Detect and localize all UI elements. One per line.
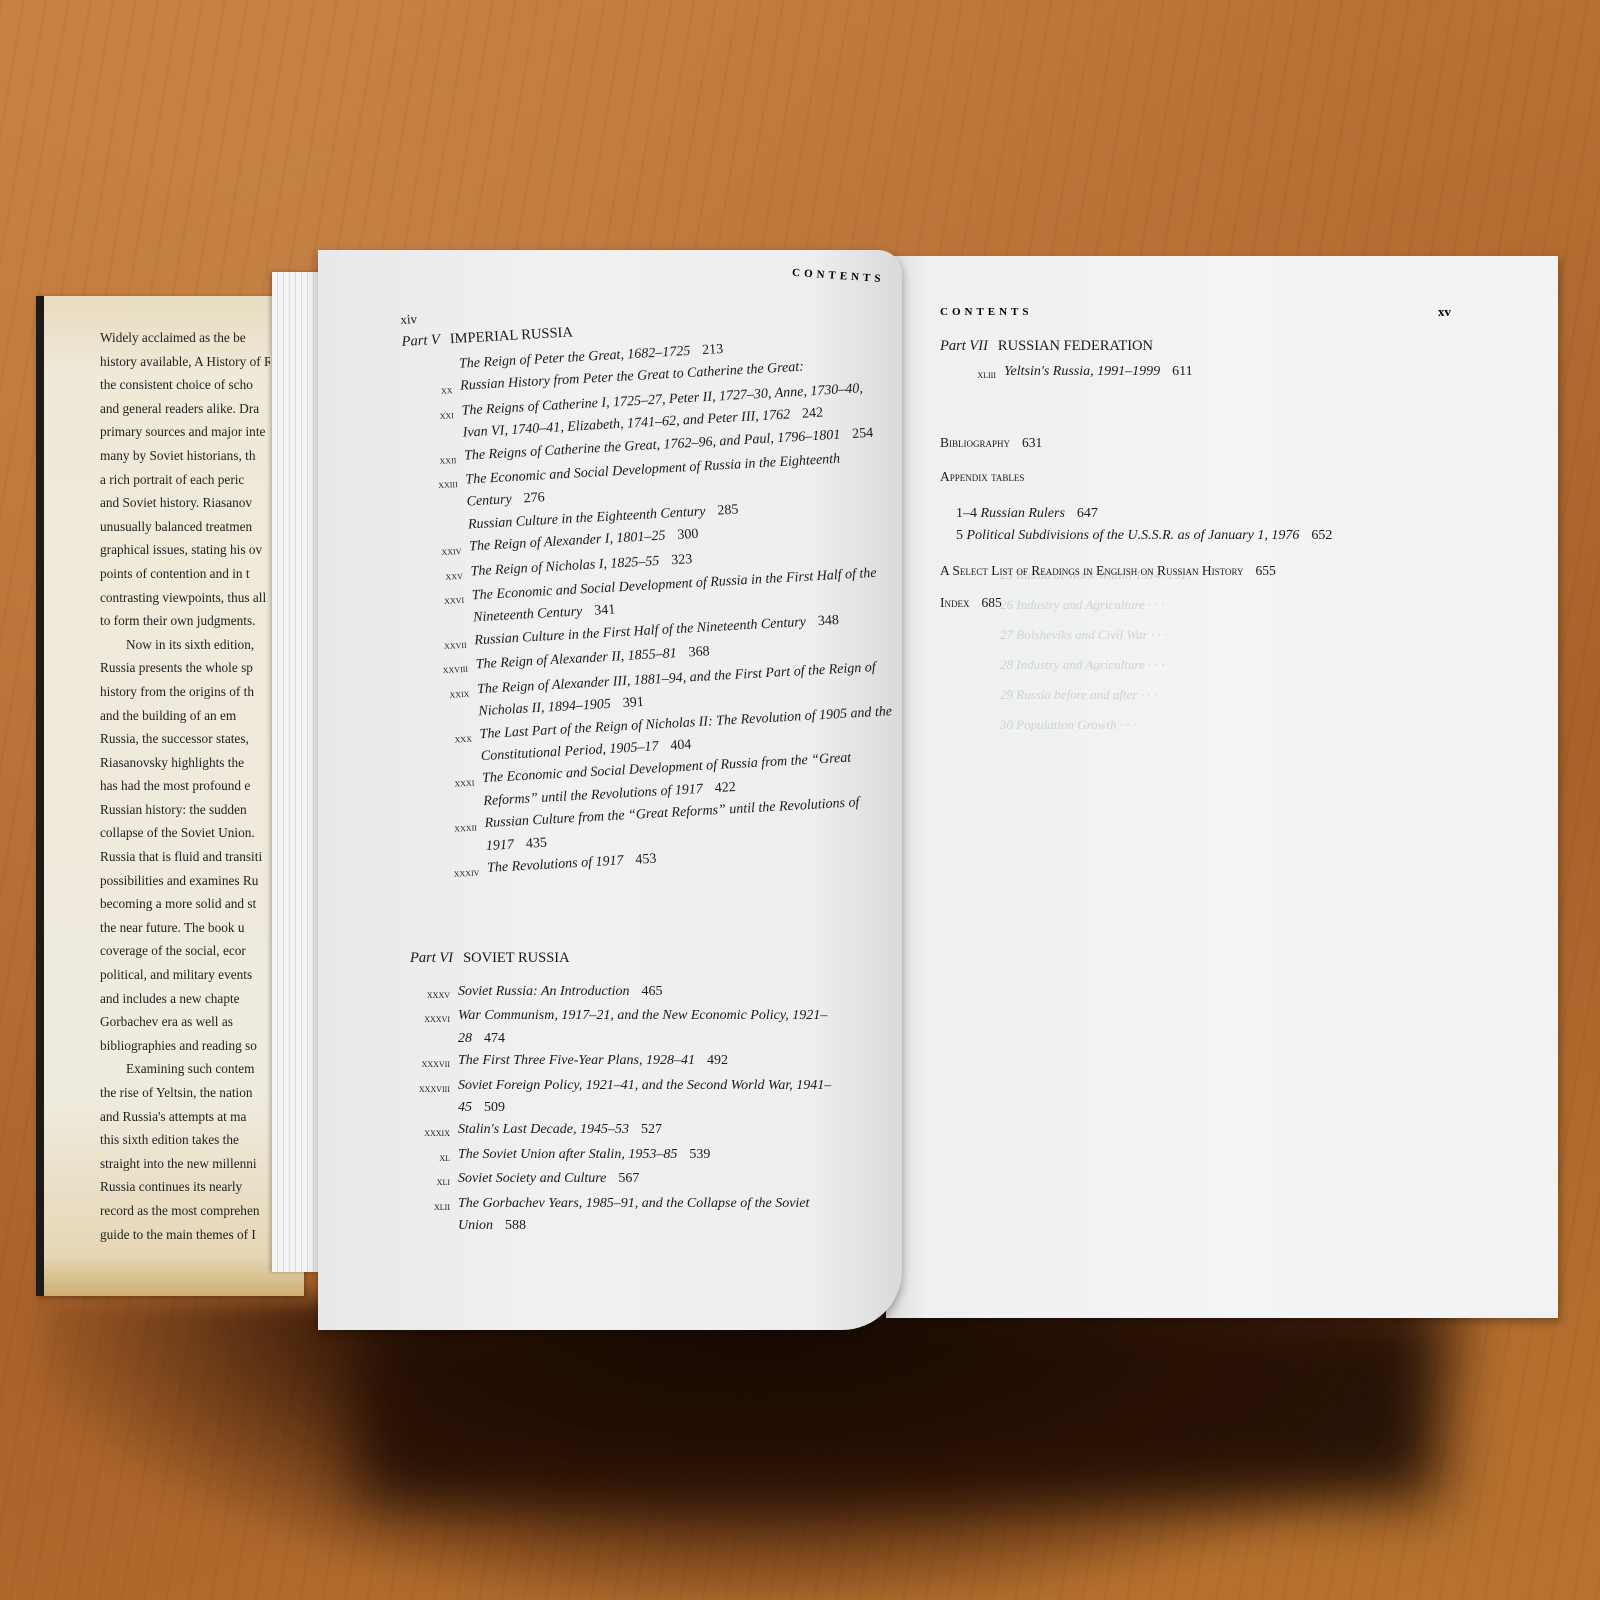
page-number: 652 <box>1311 528 1332 543</box>
page-number: 611 <box>1172 364 1192 379</box>
jacket-line: collapse of the Soviet Union. <box>100 821 270 845</box>
jacket-line: possibilities and examines Ru <box>100 869 270 893</box>
chapter-number: XXXV <box>410 981 458 1005</box>
part-label: Part V <box>401 332 440 350</box>
chapter-title: Stalin's Last Decade, 1945–53527 <box>458 1119 870 1143</box>
page-number: 655 <box>1255 563 1275 578</box>
toc-entry-appendix-tables[interactable]: Appendix tables <box>940 469 1460 485</box>
jacket-line: contrasting viewpoints, thus all <box>100 586 270 610</box>
page-number: 404 <box>670 737 692 753</box>
jacket-line: and Soviet history. Riasanov <box>100 491 270 515</box>
page-number: 368 <box>688 645 710 661</box>
left-page-toc: xiv Part VIMPERIAL RUSSIA The Reign of P… <box>400 286 901 886</box>
right-page-toc: Part VIIRUSSIAN FEDERATION XLIIIYeltsin'… <box>940 332 1460 611</box>
chapter-number: XXI <box>405 401 463 449</box>
chapter-number: XXXII <box>428 813 486 861</box>
jacket-line: and Russia's attempts at ma <box>100 1105 270 1129</box>
chapter-title: The First Three Five-Year Plans, 1928–41… <box>458 1050 870 1074</box>
jacket-line: this sixth edition takes the <box>100 1128 270 1152</box>
toc-entry[interactable]: XXXVIWar Communism, 1917–21, and the New… <box>410 1005 870 1050</box>
page-number: 647 <box>1077 506 1098 521</box>
chapter-number: XXVI <box>415 586 473 634</box>
chapter-number: XXIII <box>409 470 467 518</box>
page-number: 422 <box>714 780 736 796</box>
jacket-line: primary sources and major inte <box>100 420 270 444</box>
chapter-number: XXIV <box>413 537 470 564</box>
jacket-line: coverage of the social, ecor <box>100 939 270 963</box>
jacket-line: political, and military events <box>100 963 270 987</box>
page-number: 435 <box>525 835 547 851</box>
part-title: SOVIET RUSSIA <box>463 950 569 966</box>
toc-entry[interactable]: 1–4 Russian Rulers647 <box>956 503 1460 525</box>
appendix-list: 1–4 Russian Rulers647 5 Political Subdiv… <box>940 503 1460 547</box>
jacket-line: guide to the main themes of I <box>100 1223 270 1247</box>
jacket-line: Russia continues its nearly <box>100 1175 270 1199</box>
appendix-number: 1–4 <box>956 506 977 521</box>
toc-entry[interactable]: XXXVIIISoviet Foreign Policy, 1921–41, a… <box>410 1075 870 1120</box>
part-heading: Part VISOVIET RUSSIA <box>410 950 870 967</box>
chapter-number: XXXVIII <box>410 1075 458 1120</box>
jacket-line: Russia that is fluid and transiti <box>100 845 270 869</box>
jacket-line: points of contention and in t <box>100 562 270 586</box>
part-title: RUSSIAN FEDERATION <box>998 338 1153 354</box>
jacket-line: Russia, the successor states, <box>100 727 270 751</box>
chapter-number: XXXIX <box>410 1119 458 1143</box>
part-heading: Part VIIRUSSIAN FEDERATION <box>940 338 1460 355</box>
jacket-line: Russian history: the sudden <box>100 798 270 822</box>
chapter-title: Soviet Russia: An Introduction465 <box>458 981 870 1005</box>
page-number: 453 <box>635 851 657 867</box>
appendix-title: Political Subdivisions of the U.S.S.R. a… <box>967 528 1300 543</box>
jacket-line: Widely acclaimed as the be <box>100 326 270 350</box>
right-page-folio: xv <box>1438 304 1451 320</box>
page-number: 285 <box>717 502 739 518</box>
toc-entry[interactable]: XLThe Soviet Union after Stalin, 1953–85… <box>410 1144 870 1168</box>
jacket-line: many by Soviet historians, th <box>100 444 270 468</box>
chapter-number: XXVII <box>418 630 475 657</box>
chapter-title: The Soviet Union after Stalin, 1953–8553… <box>458 1144 870 1168</box>
toc-entry[interactable]: XXXVIIThe First Three Five-Year Plans, 1… <box>410 1050 870 1074</box>
jacket-line: the rise of Yeltsin, the nation <box>100 1081 270 1105</box>
part-label: Part VI <box>410 950 453 966</box>
jacket-line: history available, A History of R <box>100 350 270 374</box>
jacket-line: a rich portrait of each peric <box>100 468 270 492</box>
chapter-number: XXX <box>423 724 481 772</box>
chapter-title: Yeltsin's Russia, 1991–1999611 <box>1004 361 1460 385</box>
toc-entry-readings[interactable]: A Select List of Readings in English on … <box>940 563 1460 579</box>
toc-entry-index[interactable]: Index685 <box>940 595 1460 611</box>
jacket-line: the near future. The book u <box>100 916 270 940</box>
chapter-number: XXXVI <box>410 1005 458 1050</box>
chapter-title: War Communism, 1917–21, and the New Econ… <box>458 1005 870 1050</box>
book-shadow-soft <box>40 1300 1480 1600</box>
appendix-title: Russian Rulers <box>981 506 1065 521</box>
page-number: 300 <box>677 527 699 543</box>
jacket-line: unusually balanced treatmen <box>100 515 270 539</box>
page-number: 341 <box>594 603 616 619</box>
page-number: 509 <box>484 1100 505 1115</box>
page-number: 465 <box>641 984 662 999</box>
chapter-number: XXIX <box>421 679 479 727</box>
page-number: 254 <box>852 425 874 441</box>
page-number: 685 <box>982 595 1002 610</box>
jacket-flap-text: Widely acclaimed as the be history avail… <box>100 326 270 1246</box>
chapter-title: Soviet Foreign Policy, 1921–41, and the … <box>458 1075 870 1120</box>
page-number: 567 <box>618 1171 639 1186</box>
jacket-line: Russia presents the whole sp <box>100 656 270 680</box>
page-number: 323 <box>671 552 693 568</box>
jacket-line: straight into the new millenni <box>100 1152 270 1176</box>
chapter-title: The Gorbachev Years, 1985–91, and the Co… <box>458 1193 870 1238</box>
chapter-number <box>411 514 468 539</box>
chapter-number: XL <box>410 1144 458 1168</box>
jacket-line: to form their own judgments. <box>100 609 270 633</box>
jacket-line: graphical issues, stating his ov <box>100 538 270 562</box>
chapter-number: XXXI <box>426 768 484 816</box>
chapter-number: XLII <box>410 1193 458 1238</box>
chapter-number: XX <box>404 376 461 403</box>
page-number: 391 <box>622 695 644 711</box>
jacket-line: Now in its sixth edition, <box>100 633 270 657</box>
jacket-line: Riasanovsky highlights the <box>100 751 270 775</box>
jacket-line: Examining such contem <box>100 1057 270 1081</box>
jacket-line: has had the most profound e <box>100 774 270 798</box>
page-number: 276 <box>523 491 545 507</box>
toc-entry[interactable]: 5 Political Subdivisions of the U.S.S.R.… <box>956 525 1460 547</box>
chapter-number: XXXIV <box>431 858 488 885</box>
jacket-line: record as the most comprehen <box>100 1199 270 1223</box>
chapter-number: XXXVII <box>410 1050 458 1074</box>
chapter-title: Soviet Society and Culture567 <box>458 1168 870 1192</box>
page-number: 474 <box>484 1031 505 1046</box>
jacket-line: and general readers alike. Dra <box>100 397 270 421</box>
chapter-number <box>403 354 460 379</box>
page-number: 588 <box>505 1218 526 1233</box>
part-title: IMPERIAL RUSSIA <box>449 324 573 347</box>
chapter-number: XLI <box>410 1168 458 1192</box>
toc-entry[interactable]: XLIIThe Gorbachev Years, 1985–91, and th… <box>410 1193 870 1238</box>
jacket-line: and the building of an em <box>100 704 270 728</box>
page-number: 242 <box>802 406 824 422</box>
toc-entry[interactable]: XXXIXStalin's Last Decade, 1945–53527 <box>410 1119 870 1143</box>
page-number: 631 <box>1022 435 1042 450</box>
chapter-number: XLIII <box>940 361 1004 385</box>
jacket-line: the consistent choice of scho <box>100 373 270 397</box>
jacket-line: Gorbachev era as well as <box>100 1010 270 1034</box>
appendix-number: 5 <box>956 528 963 543</box>
page-number: 213 <box>702 342 724 358</box>
page-number: 348 <box>817 613 839 629</box>
toc-entry-bibliography[interactable]: Bibliography631 <box>940 435 1460 451</box>
left-page-toc-part6: Part VISOVIET RUSSIA XXXVSoviet Russia: … <box>410 944 870 1237</box>
toc-entry[interactable]: XXXVSoviet Russia: An Introduction465 <box>410 981 870 1005</box>
right-running-head: CONTENTS <box>940 306 1033 318</box>
chapter-number: XXII <box>408 445 465 472</box>
chapter-number: XXVIII <box>419 655 476 682</box>
toc-entry[interactable]: XLIIIYeltsin's Russia, 1991–1999611 <box>940 361 1460 385</box>
jacket-line: history from the origins of th <box>100 680 270 704</box>
jacket-line: becoming a more solid and st <box>100 892 270 916</box>
page-number: 539 <box>689 1147 710 1162</box>
chapter-number: XXV <box>414 561 471 588</box>
page-number: 492 <box>707 1053 728 1068</box>
toc-entry[interactable]: XLISoviet Society and Culture567 <box>410 1168 870 1192</box>
jacket-line: and includes a new chapte <box>100 987 270 1011</box>
part-label: Part VII <box>940 338 988 354</box>
jacket-line: bibliographies and reading so <box>100 1034 270 1058</box>
page-number: 527 <box>641 1122 662 1137</box>
